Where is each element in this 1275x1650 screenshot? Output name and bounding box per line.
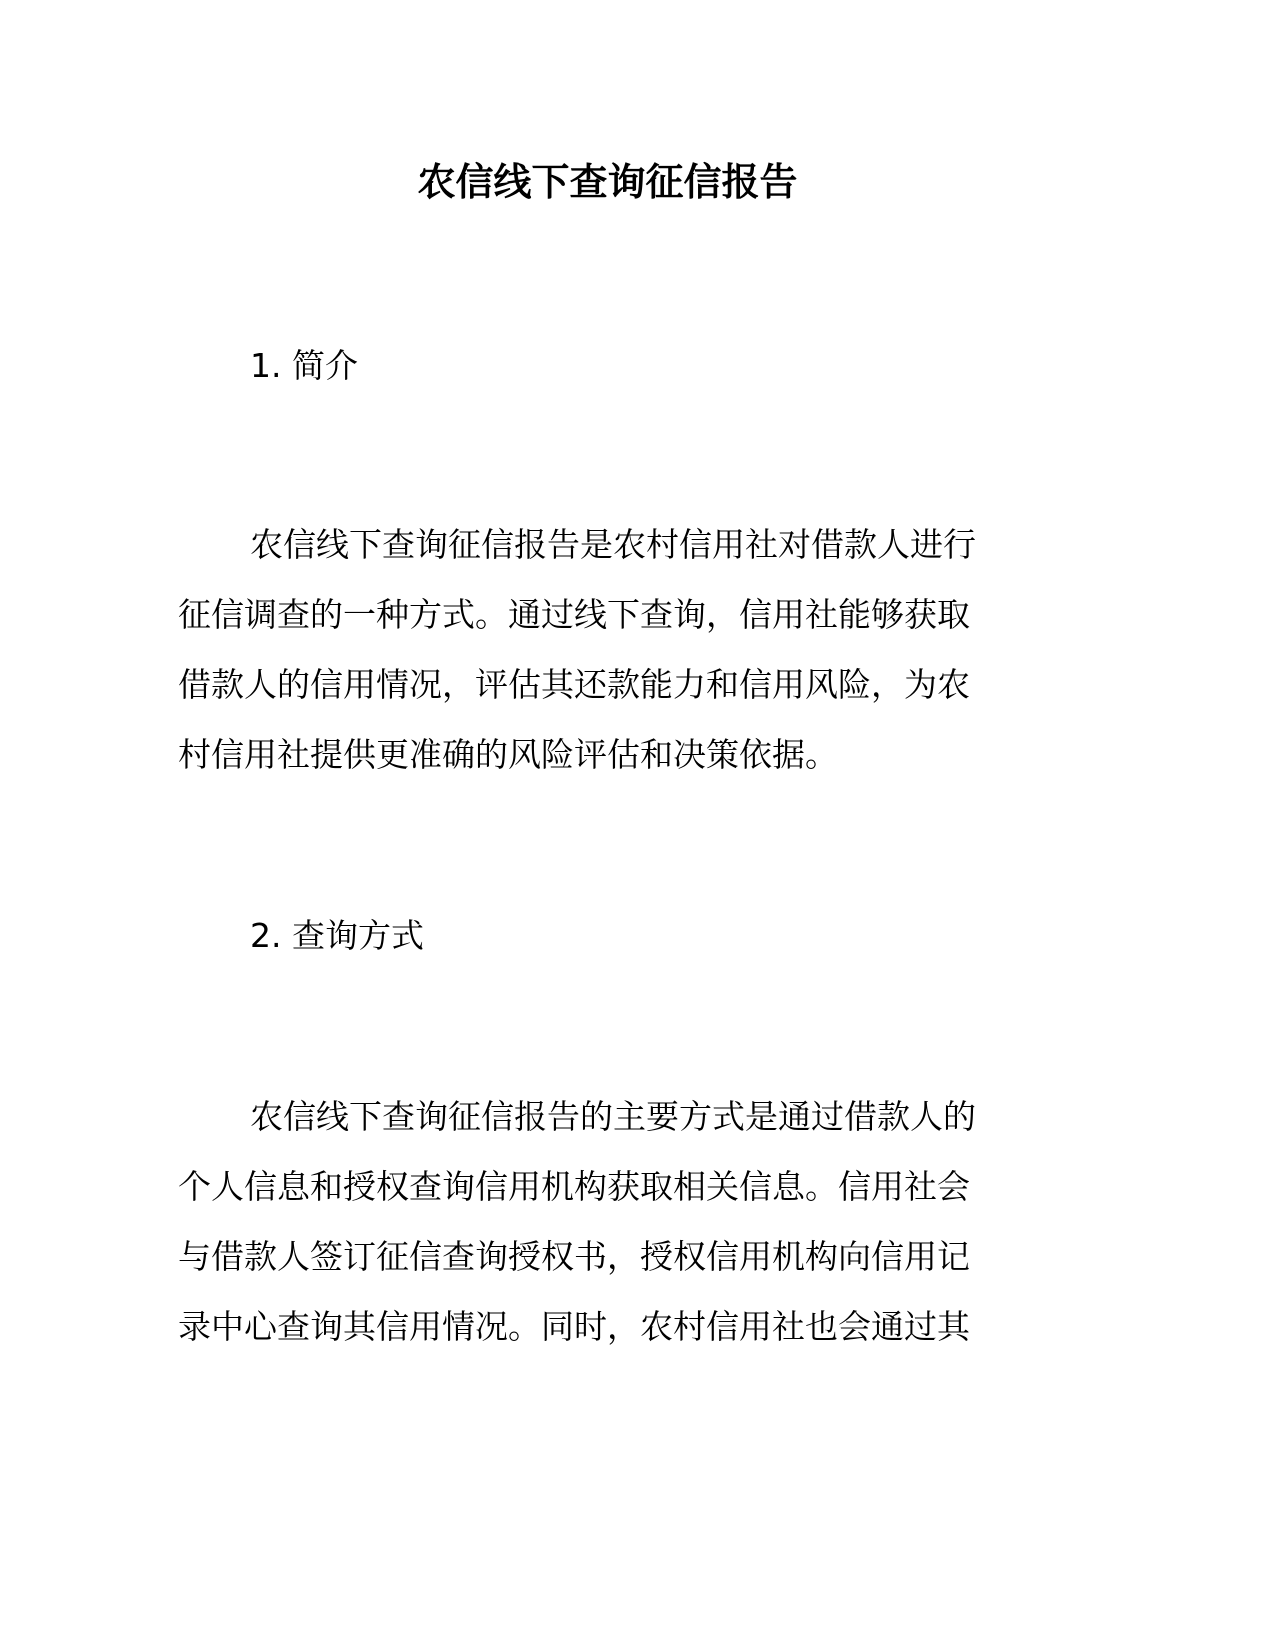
paragraph-line: 村信用社提供更准确的风险评估和决策依据。 — [178, 720, 1038, 790]
paragraph-line: 个人信息和授权查询信用机构获取相关信息。信用社会 — [178, 1152, 1038, 1222]
section-heading-intro: 1. 简介 — [250, 344, 358, 388]
paragraph-line: 录中心查询其信用情况。同时，农村信用社也会通过其 — [178, 1292, 1038, 1362]
paragraph-line: 征信调查的一种方式。通过线下查询，信用社能够获取 — [178, 580, 1038, 650]
paragraph-line: 与借款人签订征信查询授权书，授权信用机构向信用记 — [178, 1222, 1038, 1292]
section-heading-query-method: 2. 查询方式 — [250, 914, 424, 958]
paragraph-line: 农信线下查询征信报告的主要方式是通过借款人的 — [178, 1082, 1038, 1152]
paragraph-line: 借款人的信用情况，评估其还款能力和信用风险，为农 — [178, 650, 1038, 720]
section-paragraph-intro: 农信线下查询征信报告是农村信用社对借款人进行 征信调查的一种方式。通过线下查询，… — [178, 510, 1038, 790]
paragraph-line: 农信线下查询征信报告是农村信用社对借款人进行 — [178, 510, 1038, 580]
section-paragraph-query-method: 农信线下查询征信报告的主要方式是通过借款人的 个人信息和授权查询信用机构获取相关… — [178, 1082, 1038, 1362]
document-title: 农信线下查询征信报告 — [0, 158, 1215, 206]
